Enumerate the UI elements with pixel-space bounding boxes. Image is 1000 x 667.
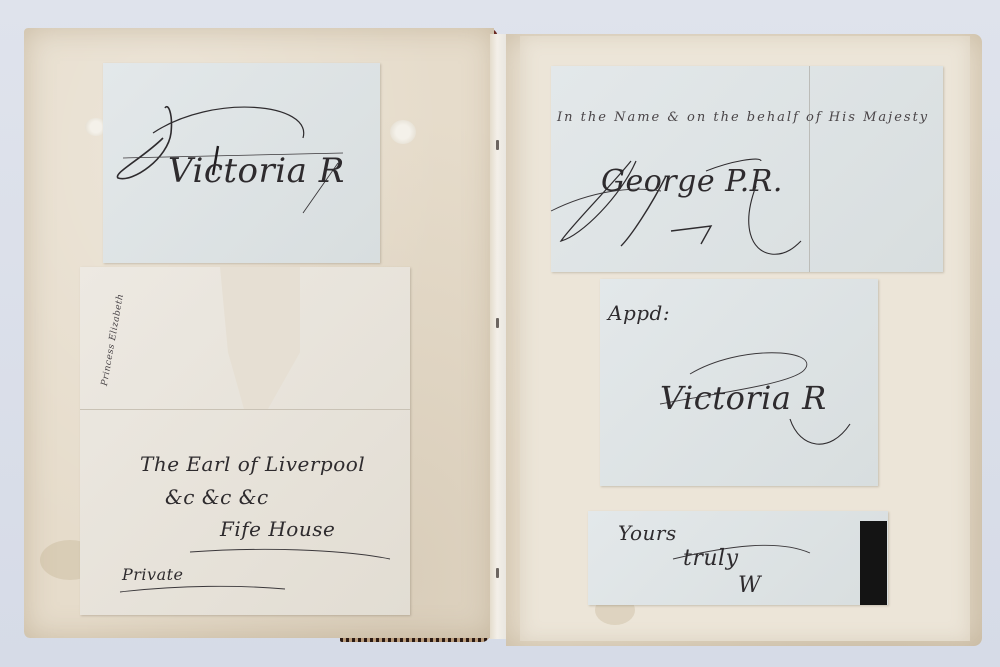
victoria-signature-text-right: Victoria R <box>660 379 827 417</box>
victoria-signature-card-left: Victoria R <box>103 63 380 263</box>
yours-truly-slip: Yours truly W <box>588 511 888 605</box>
cover-underlines <box>80 267 410 615</box>
slip-line-initial: W <box>738 573 761 598</box>
george-signed-document: In the Name & on the behalf of His Majes… <box>551 66 943 272</box>
binding-stitch <box>496 140 499 150</box>
earl-of-liverpool-cover: Princess Elizabeth The Earl of Liverpool… <box>80 267 410 615</box>
victoria-signature-card-right: Appd: Victoria R <box>600 279 878 486</box>
slip-line-truly: truly <box>683 546 739 571</box>
cover-endorsement: Private <box>122 565 184 584</box>
mourning-black-border <box>860 521 887 605</box>
binding-stitch <box>496 568 499 578</box>
photo-scene: Victoria R Princess Elizabeth The Earl o… <box>0 0 1000 667</box>
george-signature-text: George P.R. <box>601 164 783 199</box>
binding-stitch <box>496 318 499 328</box>
mount-spot <box>390 120 416 144</box>
victoria-signature-text: Victoria R <box>168 151 345 191</box>
